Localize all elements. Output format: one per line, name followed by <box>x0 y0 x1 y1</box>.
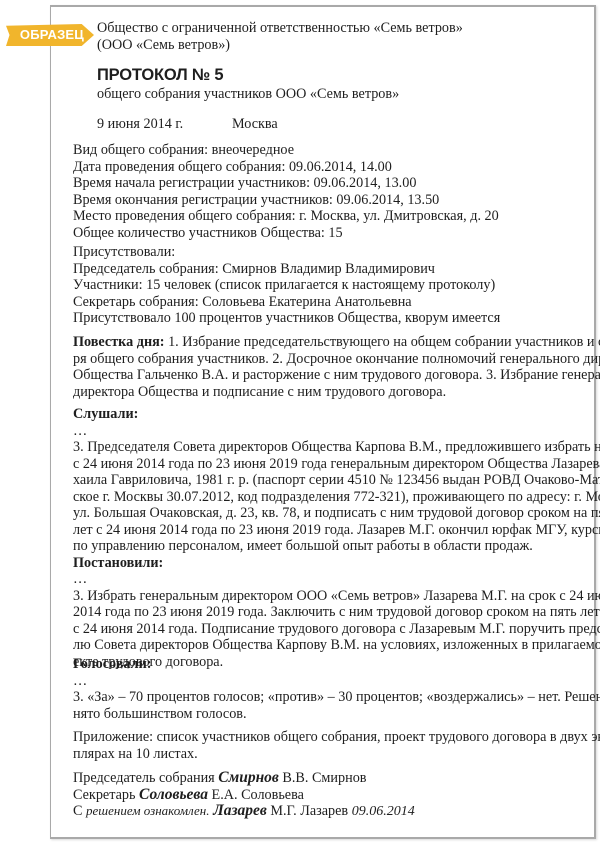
attendance-line: Участники: 15 человек (список прилагаетс… <box>73 277 588 294</box>
resolved-heading: Постановили: <box>73 555 163 571</box>
attendance-line: Присутствовали: <box>73 244 588 261</box>
heard-line: ул. Большая Очаковская, д. 23, кв. 78, и… <box>73 505 588 522</box>
secretary-role: Секретарь <box>73 787 139 803</box>
organization-full-name: Общество с ограниченной ответственностью… <box>97 20 463 37</box>
ack-prefix: С <box>73 803 86 819</box>
info-line: Дата проведения общего собрания: 09.06.2… <box>73 159 588 176</box>
voted-heading: Голосовали: <box>73 656 152 672</box>
agenda-section: Повестка дня: 1. Избрание председательст… <box>73 334 588 400</box>
chair-role: Председатель собрания <box>73 770 218 786</box>
attendance-section: Присутствовали: Председатель собрания: С… <box>73 244 588 327</box>
secretary-signature: Соловьева <box>139 786 208 803</box>
attachment-line: плярах на 10 листах. <box>73 746 588 763</box>
attendance-line: Секретарь собрания: Соловьева Екатерина … <box>73 294 588 311</box>
agenda-line: 1. Избрание председательствующего на общ… <box>165 334 600 350</box>
heard-line: 3. Председателя Совета директоров Общест… <box>73 439 588 456</box>
heard-ellipsis: … <box>73 423 588 440</box>
resolved-line: 2014 года по 23 июня 2019 года. Заключит… <box>73 604 588 621</box>
heard-heading: Слушали: <box>73 406 138 422</box>
heard-line: хаила Гавриловича, 1981 г. р. (паспорт с… <box>73 472 588 489</box>
document-title: ПРОТОКОЛ № 5 <box>97 66 223 85</box>
chair-name: В.В. Смирнов <box>279 770 367 786</box>
document-subtitle: общего собрания участников ООО «Семь вет… <box>97 86 399 103</box>
resolved-ellipsis: … <box>73 571 588 588</box>
voted-section: Голосовали: … 3. «За» – 70 процентов гол… <box>73 656 588 722</box>
sample-badge: ОБРАЗЕЦ <box>6 24 94 46</box>
voted-line: 3. «За» – 70 процентов голосов; «против»… <box>73 689 588 706</box>
signature-chair: Председатель собрания Смирнов В.В. Смирн… <box>73 770 588 787</box>
resolved-line: лю Совета директоров Общества Карпову В.… <box>73 637 588 654</box>
heard-line: лет с 24 июня 2014 года по 23 июня 2019 … <box>73 522 588 539</box>
agenda-heading: Повестка дня: <box>73 334 165 350</box>
info-line: Вид общего собрания: внеочередное <box>73 142 588 159</box>
resolved-line: с 24 июня 2014 года. Подписание трудовог… <box>73 621 588 638</box>
signatures-section: Председатель собрания Смирнов В.В. Смирн… <box>73 770 588 821</box>
info-line: Время окончания регистрации участников: … <box>73 192 588 209</box>
meeting-info-section: Вид общего собрания: внеочередное Дата п… <box>73 142 588 241</box>
signature-acknowledged: С решением ознакомлен. Лазарев М.Г. Лаза… <box>73 803 588 821</box>
signature-secretary: Секретарь Соловьева Е.А. Соловьева <box>73 787 588 804</box>
info-line: Время начала регистрации участников: 09.… <box>73 175 588 192</box>
heard-line: по управлению персоналом, имеет большой … <box>73 538 588 555</box>
voted-ellipsis: … <box>73 673 588 690</box>
heard-line: ское г. Москвы 30.07.2012, код подраздел… <box>73 489 588 506</box>
sample-badge-label: ОБРАЗЕЦ <box>20 24 84 46</box>
organization-short-name: (ООО «Семь ветров») <box>97 37 463 54</box>
document-date: 9 июня 2014 г. <box>97 116 183 133</box>
resolved-line: 3. Избрать генеральным директором ООО «С… <box>73 588 588 605</box>
attendance-line: Присутствовало 100 процентов участников … <box>73 310 588 327</box>
chair-signature: Смирнов <box>218 769 279 786</box>
organization-header: Общество с ограниченной ответственностью… <box>97 20 463 53</box>
agenda-line: ря общего собрания участников. 2. Досроч… <box>73 351 588 368</box>
info-line: Место проведения общего собрания: г. Мос… <box>73 208 588 225</box>
voted-line: нято большинством голосов. <box>73 706 588 723</box>
secretary-name: Е.А. Соловьева <box>208 787 304 803</box>
ack-name: М.Г. Лазарев <box>267 803 352 819</box>
ack-date: 09.06.2014 <box>352 804 415 819</box>
attachment-section: Приложение: список участников общего соб… <box>73 729 588 762</box>
agenda-line: директора Общества и подписание с ним тр… <box>73 384 588 401</box>
heard-section: Слушали: … 3. Председателя Совета директ… <box>73 406 588 670</box>
attendance-line: Председатель собрания: Смирнов Владимир … <box>73 261 588 278</box>
ack-signature: Лазарев <box>213 802 267 819</box>
heard-line: с 24 июня 2014 года по 23 июня 2019 года… <box>73 456 588 473</box>
document-city: Москва <box>232 116 278 133</box>
agenda-line: Общества Гальченко В.А. и расторжение с … <box>73 367 588 384</box>
ack-note: решением ознакомлен. <box>86 803 210 818</box>
attachment-line: Приложение: список участников общего соб… <box>73 729 588 746</box>
info-line: Общее количество участников Общества: 15 <box>73 225 588 242</box>
